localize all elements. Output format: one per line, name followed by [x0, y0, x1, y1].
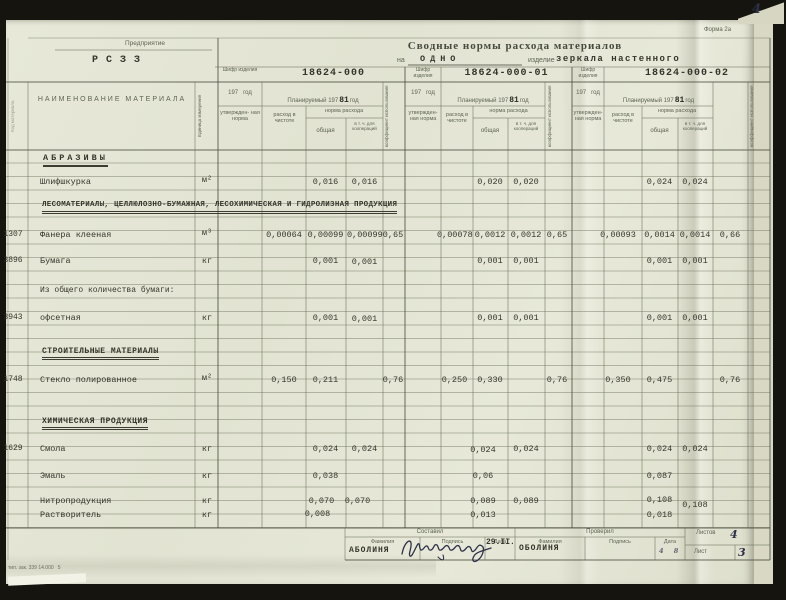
- value-total-g3: 0,001: [642, 257, 677, 266]
- compiled-by-name: АБОЛИНЯ: [349, 547, 390, 555]
- planned-year-overtype: 81: [675, 96, 685, 105]
- checked-by-name: ОБОЛИНЯ: [519, 545, 560, 553]
- material-name: Нитропродукция: [40, 497, 111, 506]
- planned-year-header: Планируемый 19781год: [263, 89, 383, 107]
- section-abrasives: АБРАЗИВЫ: [43, 154, 108, 167]
- unit-cell: кг: [197, 314, 217, 323]
- value-coop-g1: 0,024: [347, 445, 382, 454]
- value-net-g2: 0,00078: [437, 231, 472, 240]
- value-total-g1: 0,00099: [306, 231, 345, 240]
- product-code-label: Шифр изделия: [219, 68, 261, 74]
- planned-prefix: Планируемый 197: [287, 98, 338, 104]
- pencil-marks: 4 8: [659, 547, 682, 555]
- planned-year-header: Планируемый 19781год: [604, 89, 713, 107]
- value-total-g1: 0,001: [306, 257, 345, 266]
- value-coef-g3: 0,76: [712, 376, 748, 385]
- value-total-g2: 0,020: [473, 178, 507, 187]
- value-coop-g2: 0,089: [508, 497, 544, 506]
- product-code-0: 18624-000: [262, 69, 405, 80]
- product-code-1: 18624-000-01: [441, 69, 572, 80]
- column-header-net: расход в чистоте: [264, 112, 305, 125]
- value-total-g1: 0,024: [306, 445, 345, 454]
- sheet-label: Лист: [694, 549, 707, 556]
- column-header-year: 197 год: [218, 90, 262, 97]
- value-coop-g1: 0,00099: [347, 231, 382, 240]
- value-total-g2: 0,001: [473, 314, 507, 323]
- column-header-unit: Единица измерения: [197, 85, 217, 147]
- planned-suffix: год: [350, 98, 359, 104]
- material-name: офсетная: [40, 314, 81, 323]
- value-coef-g3: 0,66: [712, 231, 748, 240]
- value-total-g3: 0,0014: [642, 231, 677, 240]
- checked-by-label: Проверил: [515, 529, 685, 536]
- handwritten-signature: [398, 533, 498, 563]
- value-net-g1: 0,150: [263, 376, 305, 385]
- value-coop-g2: 0,020: [508, 178, 544, 187]
- column-header-coop: в т. ч. для коопераций: [679, 121, 711, 131]
- title-quantity: ОДНО: [420, 55, 460, 64]
- column-header-net: расход в чистоте: [605, 112, 641, 125]
- title-item-word: изделие: [528, 57, 555, 65]
- material-code: 3943: [0, 314, 26, 322]
- product-code-label: Шифр изделия: [406, 68, 440, 80]
- value-total-g1: 0,016: [306, 178, 345, 187]
- value-coef-g1: 0,76: [381, 376, 405, 385]
- value-coop-g3: 0,001: [678, 314, 712, 323]
- value-coop-g1: 0,016: [347, 178, 382, 187]
- value-net-g2: 0,250: [437, 376, 472, 385]
- material-name: Смола: [40, 445, 66, 454]
- value-coop-g1: 0,001: [347, 315, 382, 324]
- value-coop-g2: 0,001: [508, 257, 544, 266]
- column-header-norm: норма расхода: [473, 108, 544, 114]
- column-header-coefficient: коэффициент использования: [749, 85, 769, 147]
- value-total-g3: 0,001: [642, 314, 677, 323]
- value-coop-g1: 0,001: [347, 258, 382, 267]
- enterprise-value: РСЗЗ: [92, 56, 148, 67]
- sheet-value: 3: [738, 546, 746, 559]
- value-total-g3: 0,108: [642, 496, 677, 505]
- unit-cell: кг: [197, 511, 217, 520]
- material-code: 1307: [0, 231, 26, 239]
- product-code-2: 18624-000-02: [604, 69, 770, 80]
- column-header-total: общая: [473, 128, 507, 135]
- planned-year-overtype: 81: [339, 96, 349, 105]
- column-header-net: расход в чистоте: [442, 112, 472, 125]
- section-construction: СТРОИТЕЛЬНЫЕ МАТЕРИАЛЫ: [42, 348, 159, 360]
- planned-suffix: год: [520, 98, 529, 104]
- column-header-approved: утвержден- ная норма: [406, 110, 440, 123]
- product-code-label: Шифр изделия: [573, 68, 603, 80]
- value-total-g3: 0,024: [642, 178, 677, 187]
- sheets-total-value: 4: [730, 528, 738, 541]
- value-total-g2: 0,0012: [473, 231, 507, 240]
- value-total-g3: 0,475: [642, 376, 677, 385]
- value-coop-g3: 0,024: [678, 445, 712, 454]
- material-code: 1629: [0, 445, 26, 453]
- value-coop-g3: 0,0014: [678, 231, 712, 240]
- unit-cell: кг: [197, 497, 217, 506]
- unit-cell: кг: [197, 257, 217, 266]
- material-name: Бумага: [40, 257, 71, 266]
- value-coop-g3: 0,024: [678, 178, 712, 187]
- planned-suffix: год: [685, 98, 694, 104]
- value-coop-g2: 0,0012: [508, 231, 544, 240]
- material-name: Растворитель: [40, 511, 101, 520]
- material-code: 3896: [0, 257, 26, 265]
- column-header-approved: утвержден- ная норма: [573, 110, 603, 123]
- planned-prefix: Планируемый 197: [457, 98, 508, 104]
- value-net-g3: 0,00093: [598, 231, 638, 240]
- section-chemical: ХИМИЧЕСКАЯ ПРОДУКЦИЯ: [42, 418, 148, 430]
- column-header-coefficient: коэффициент использования: [384, 85, 404, 147]
- scanned-form-page: Форма 2а 4 Предприятие РСЗЗ Сводные норм…: [0, 0, 786, 600]
- value-total-g1: 0,070: [302, 497, 341, 506]
- column-header-norm: норма расхода: [642, 108, 712, 114]
- value-coop-g2: 0,024: [508, 445, 544, 454]
- column-header-name: НАИМЕНОВАНИЕ МАТЕРИАЛА: [32, 96, 192, 104]
- value-net-g3: 0,350: [598, 376, 638, 385]
- value-total-g1: 0,008: [298, 510, 337, 519]
- enterprise-label: Предприятие: [85, 40, 205, 47]
- unit-cell: м³: [197, 229, 217, 238]
- unit-cell: кг: [197, 472, 217, 481]
- value-coop-g3: 0,108: [678, 501, 712, 510]
- unit-cell: м²: [197, 374, 217, 383]
- planned-year-header: Планируемый 19781год: [441, 89, 545, 107]
- unit-cell: м²: [197, 176, 217, 185]
- value-coef-g2: 0,76: [543, 376, 571, 385]
- column-header-approved: утвержден- ная норма: [219, 110, 261, 123]
- value-coop-g2: 0,001: [508, 314, 544, 323]
- material-name: Стекло полированное: [40, 376, 137, 385]
- value-total-g2: 0,330: [473, 376, 507, 385]
- column-header-year: 197 год: [405, 90, 441, 97]
- page-title: Сводные нормы расхода материалов: [350, 40, 680, 52]
- value-total-g3: 0,018: [642, 511, 677, 520]
- value-total-g1: 0,001: [306, 314, 345, 323]
- sheets-total-label: Листов: [696, 530, 716, 537]
- column-header-total: общая: [306, 128, 345, 135]
- planned-year-overtype: 81: [509, 96, 519, 105]
- planned-prefix: Планируемый 197: [623, 98, 674, 104]
- column-header-coefficient: коэффициент использования: [547, 85, 569, 147]
- value-net-g1: 0,00064: [263, 231, 305, 240]
- material-name: Фанера клееная: [40, 231, 111, 240]
- value-total-g2: 0,013: [466, 511, 500, 520]
- value-total-g1: 0,211: [306, 376, 345, 385]
- value-total-g2: 0,001: [473, 257, 507, 266]
- value-total-g2: 0,06: [466, 472, 500, 481]
- unit-cell: кг: [197, 445, 217, 454]
- signature-label: Подпись: [585, 539, 655, 545]
- column-header-norm: норма расхода: [306, 108, 382, 114]
- material-name: Шлифшкурка: [40, 178, 91, 187]
- value-total-g2: 0,089: [466, 497, 500, 506]
- product-name: зеркала настенного: [556, 55, 680, 64]
- handwritten-sheet-mark: 4: [752, 2, 761, 17]
- title-na: на: [397, 57, 405, 65]
- column-header-year: 197 год: [572, 90, 604, 97]
- paper-note: Из общего количества бумаги:: [40, 287, 174, 295]
- material-name: Эмаль: [40, 472, 66, 481]
- value-total-g3: 0,087: [642, 472, 677, 481]
- print-imprint: тип. зак. 339 14.000 5: [8, 566, 61, 572]
- date-label: Дата: [655, 539, 685, 545]
- value-total-g1: 0,038: [306, 472, 345, 481]
- value-coop-g1: 0,070: [340, 497, 375, 506]
- section-timber: ЛЕСОМАТЕРИАЛЫ, ЦЕЛЛЮЛОЗНО-БУМАЖНАЯ, ЛЕСО…: [42, 202, 397, 214]
- value-total-g3: 0,024: [642, 445, 677, 454]
- value-coef-g1: 0,65: [381, 231, 405, 240]
- compiled-date: 29.II.: [486, 539, 515, 547]
- value-coef-g2: 0,65: [543, 231, 571, 240]
- column-header-total: общая: [642, 128, 677, 135]
- column-header-code: Код материала: [10, 85, 27, 147]
- column-header-coop: в т. ч. для коопераций: [509, 121, 543, 131]
- value-total-g2: 0,024: [466, 446, 500, 455]
- material-code: 1748: [0, 376, 26, 384]
- column-header-coop: в т. ч. для коопераций: [348, 121, 381, 131]
- value-coop-g3: 0,001: [678, 257, 712, 266]
- form-number: Форма 2а: [704, 27, 731, 34]
